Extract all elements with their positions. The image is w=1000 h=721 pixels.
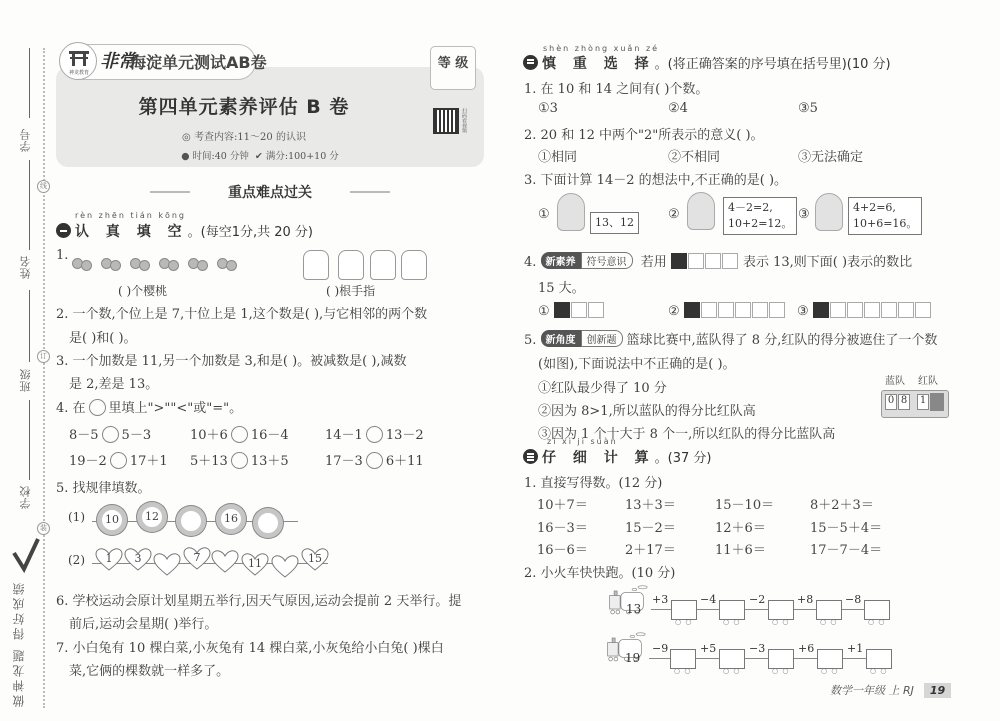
exam-time: 时间:40 分钟 [193, 151, 249, 162]
s2-q4-line1[interactable]: 4. 新素养符号意识 若用 表示 13,则下面( )表示的数比 [524, 251, 912, 270]
seal-xian: 线 [37, 180, 50, 193]
q5-text: 篮球比赛中,蓝队得了 8 分,红队的得分被遮住了一个数 [627, 333, 938, 348]
q-number: 4. [524, 255, 536, 270]
q6-line2[interactable]: 前后,运动会星期( )举行。 [69, 613, 217, 632]
section3-title-text: 仔 细 计 算 [542, 450, 655, 466]
s2-q2-option: ①相同 [538, 146, 577, 165]
s2-q3-text[interactable]: 3. 下面计算 14－2 的想法中,不正确的是( )。 [524, 169, 787, 188]
pair-right: 13＋5 [251, 454, 289, 469]
cherry-icon [188, 250, 210, 272]
s2-q4-option-1: ① [538, 302, 605, 319]
brand-series: 海淀单元测试AB卷 [130, 50, 267, 73]
calc-item[interactable]: 17－7－4＝ [810, 539, 882, 558]
s2-q1-option: ①3 [538, 101, 558, 116]
section2-note: 。(将正确答案的序号填在括号里)(10 分) [655, 57, 891, 72]
speech-bubble: 4+2=6,10+6=16。 [848, 197, 922, 235]
empty-square [864, 302, 880, 318]
page-title: 第四单元素养评估 B 卷 [56, 92, 432, 119]
s3-q1-text: 1. 直接写得数。(12 分) [524, 472, 662, 491]
train-op: −9 [652, 642, 668, 655]
q1-cherries-answer[interactable]: ( )个樱桃 [118, 282, 167, 299]
blue-digit: 0 [885, 394, 897, 410]
heart-cell[interactable] [271, 555, 299, 579]
compare-circle[interactable] [102, 426, 119, 443]
heart-cell: 7 [183, 547, 211, 571]
s3-q2-text: 2. 小火车快快跑。(10 分) [524, 562, 675, 581]
qr-code[interactable] [433, 108, 459, 134]
train-car[interactable] [768, 600, 794, 620]
pair-left: 14－1 [325, 428, 363, 443]
flower-cell: 16 [216, 504, 246, 534]
s2-q3-marker: ② [668, 207, 680, 222]
calc-item[interactable]: 16－3＝ [537, 517, 588, 536]
blue-team-label: 蓝队 [885, 372, 905, 387]
train-op: +6 [798, 642, 814, 655]
calc-item[interactable]: 2＋17＝ [625, 539, 676, 558]
empty-square [688, 253, 704, 269]
pair-left: 10＋6 [190, 428, 228, 443]
q7-line1[interactable]: 7. 小白兔有 10 棵白菜,小灰兔有 14 棵白菜,小灰兔给小白兔( )棵白 [56, 637, 444, 656]
checkmark-icon [10, 535, 40, 575]
motto: 做神龙题 得好成绩 [10, 580, 27, 707]
pair-left: 5＋13 [190, 454, 228, 469]
q1-number: 1. [56, 248, 68, 263]
q5-row2-label: (2) [68, 553, 85, 567]
s2-q5-line1: 5. 新角度创新题篮球比赛中,蓝队得了 8 分,红队的得分被遮住了一个数 [524, 329, 937, 348]
train1-start: 13 [626, 602, 641, 616]
train-car[interactable] [719, 600, 745, 620]
empty-square [588, 302, 604, 318]
filled-square [554, 302, 570, 318]
q-number: 5. [524, 333, 536, 348]
s2-q2-option: ③无法确定 [798, 146, 863, 165]
q3-line1[interactable]: 3. 一个加数是 11,另一个加数是 3,和是( )。被减数是( ),减数 [56, 350, 407, 369]
speech-bubble: 13、12 [590, 212, 639, 234]
tag-innovation: 创新题 [581, 330, 623, 347]
tag-new-literacy: 新素养 [541, 252, 581, 269]
train-car[interactable] [671, 600, 697, 620]
train-op: −4 [700, 593, 716, 606]
binding-margin: 学号 姓名 班级 学校 线 订 装 做神龙题 得好成绩 [0, 0, 48, 721]
cherry-icon [159, 250, 181, 272]
check-circle-icon: ✔ [255, 151, 266, 162]
train-car[interactable] [816, 600, 842, 620]
school-field[interactable] [29, 400, 30, 480]
seal-ding: 订 [37, 350, 50, 363]
empty-square [701, 302, 717, 318]
q4-pair: 14－113－2 [325, 424, 424, 443]
name-field[interactable] [29, 160, 30, 250]
girl-illustration [687, 192, 715, 230]
s2-q3-marker: ① [538, 207, 550, 222]
compare-circle[interactable] [231, 452, 248, 469]
train-car[interactable] [719, 649, 745, 669]
option-marker: ② [668, 304, 680, 319]
empty-square [722, 253, 738, 269]
footer-subject: 数学一年级 上 RJ [830, 684, 914, 697]
heart-cell: 15 [301, 548, 329, 572]
flower-cell[interactable] [176, 506, 206, 536]
school-label: 学校 [18, 485, 34, 509]
compare-circle[interactable] [231, 426, 248, 443]
calc-item[interactable]: 12＋6＝ [715, 517, 766, 536]
section3-note: 。(37 分) [655, 451, 712, 466]
cherry-icon [101, 250, 123, 272]
section2-title-text: 慎 重 选 择 [542, 56, 655, 72]
heart-cell[interactable] [211, 550, 239, 574]
calc-item[interactable]: 15－5＋4＝ [810, 517, 882, 536]
calc-item[interactable]: 15－10＝ [715, 494, 774, 513]
section-number-one-icon [56, 223, 71, 238]
calc-item[interactable]: 15－2＝ [625, 517, 676, 536]
publisher-logo: 神龙教育 [59, 42, 97, 80]
q5-row1-label: (1) [68, 510, 85, 524]
student-id-field[interactable] [29, 48, 30, 118]
empty-square [830, 302, 846, 318]
flower-cell: 12 [137, 502, 167, 532]
svg-text:神龙教育: 神龙教育 [69, 69, 89, 76]
train-car[interactable] [864, 600, 890, 620]
qr-caption: 扫码看视频 [461, 108, 468, 133]
gate-icon: 神龙教育 [60, 43, 98, 81]
train-op: +3 [652, 593, 668, 606]
empty-square [705, 253, 721, 269]
filled-square [671, 253, 687, 269]
cherry-icon [130, 250, 152, 272]
hand-icon [370, 250, 396, 280]
page-number: 19 [924, 683, 951, 698]
train-op: −3 [749, 642, 765, 655]
pair-right: 6＋11 [386, 454, 424, 469]
exam-content-text: 考查内容:11～20 的认识 [194, 132, 306, 143]
option-marker: ③ [797, 304, 809, 319]
grade-box: 等 级 [430, 46, 476, 90]
train-car[interactable] [817, 649, 843, 669]
compare-circle[interactable] [366, 426, 383, 443]
q4-text-b: 表示 13,则下面( )表示的数比 [743, 255, 912, 270]
section2-pinyin: shèn zhòng xuǎn zé [543, 44, 659, 53]
calc-item[interactable]: 8＋2＋3＝ [810, 494, 874, 513]
s2-q5-option: ①红队最少得了 10 分 [538, 377, 667, 396]
filled-square [813, 302, 829, 318]
s2-q1-option: ②4 [668, 101, 688, 116]
train-car[interactable] [866, 649, 892, 669]
section1-title-text: 认 真 填 空 [75, 224, 188, 240]
section1-title: 认 真 填 空。(每空1分,共 20 分) [56, 221, 313, 241]
pair-right: 5－3 [122, 428, 152, 443]
red-team-label: 红队 [918, 372, 938, 387]
q4-prompt: 4. 在里填上">""<"或"="。 [56, 397, 242, 416]
section2-title: 慎 重 选 择。(将正确答案的序号填在括号里)(10 分) [523, 53, 891, 73]
section3-pinyin: zǐ xì jì suàn [547, 437, 618, 446]
empty-square [769, 302, 785, 318]
heart-cell: 1 [95, 548, 123, 572]
pair-left: 17－3 [325, 454, 363, 469]
banner-line-right [350, 191, 390, 193]
train-car[interactable] [670, 649, 696, 669]
train-car[interactable] [768, 649, 794, 669]
name-label: 姓名 [18, 255, 34, 279]
cherry-icon [72, 250, 94, 272]
speech-bubble: 4－2=2,10+2=12。 [723, 197, 797, 235]
empty-square [571, 302, 587, 318]
flower-cell[interactable] [253, 508, 283, 538]
q4-pair: 8－55－3 [69, 424, 151, 443]
empty-square [881, 302, 897, 318]
pair-left: 8－5 [69, 428, 99, 443]
hand-icon [303, 250, 329, 280]
q5-prompt: 5. 找规律填数。 [56, 477, 151, 496]
section1-note: 。(每空1分,共 20 分) [188, 225, 313, 240]
circle-icon [89, 399, 106, 416]
q6-line1: 6. 学校运动会原计划星期五举行,因天气原因,运动会提前 2 天举行。提 [56, 590, 461, 609]
blue-digit: 8 [898, 394, 910, 410]
q2-line2[interactable]: 是( )和( )。 [69, 327, 137, 346]
q4-prompt-a: 4. 在 [56, 401, 86, 416]
calc-item[interactable]: 10＋7＝ [537, 494, 588, 513]
exam-meta: ● 时间:40 分钟 ✔ 满分:100+10 分 [110, 148, 410, 162]
hidden-digit-cover [930, 393, 944, 411]
s2-q1-option: ③5 [798, 101, 818, 116]
section1-pinyin: rèn zhēn tián kōng [75, 211, 186, 220]
calc-item[interactable]: 11＋6＝ [715, 539, 766, 558]
flower-cell: 10 [97, 505, 127, 535]
s2-q5-line2[interactable]: (如图),下面说法中不正确的是( )。 [538, 353, 736, 372]
scoreboard: 蓝队 红队 0 8 1 [885, 385, 945, 423]
girl-illustration [815, 193, 843, 231]
hand-icon [401, 250, 427, 280]
compare-circle[interactable] [366, 452, 383, 469]
red-digit: 1 [917, 394, 929, 410]
pair-right: 17＋1 [130, 454, 168, 469]
boy-illustration [557, 193, 585, 231]
q4-text-a: 若用 [641, 255, 667, 270]
train-op: +1 [847, 642, 863, 655]
heart-cell: 11 [241, 553, 269, 577]
q3-line2: 是 2,差是 13。 [69, 373, 158, 392]
heart-cell[interactable] [153, 553, 181, 577]
class-field[interactable] [29, 290, 30, 362]
exam-content: ◎ 考查内容:11～20 的认识 [56, 128, 432, 143]
calc-item[interactable]: 16－6＝ [537, 539, 588, 558]
empty-square [718, 302, 734, 318]
exam-score: 满分:100+10 分 [266, 151, 339, 162]
hand-icon [338, 250, 364, 280]
q4-pair: 10＋616－4 [190, 424, 289, 443]
pair-left: 19－2 [69, 454, 107, 469]
clock-icon: ● [181, 151, 192, 162]
page-footer: 数学一年级 上 RJ19 [830, 682, 951, 698]
empty-square [735, 302, 751, 318]
train-op: −8 [845, 593, 861, 606]
train-op: +8 [797, 593, 813, 606]
s2-q1-text[interactable]: 1. 在 10 和 14 之间有( )个数。 [524, 78, 708, 97]
q1-fingers-answer[interactable]: ( )根手指 [326, 282, 375, 299]
pair-right: 16－4 [251, 428, 289, 443]
tag-new-angle: 新角度 [541, 330, 581, 347]
search-icon: ◎ [182, 132, 194, 143]
empty-square [847, 302, 863, 318]
s2-q2-option: ②不相同 [668, 146, 720, 165]
seal-zhuang: 装 [37, 522, 50, 535]
heart-cell: 3 [124, 548, 152, 572]
class-label: 班级 [18, 368, 34, 392]
q7-line2: 菜,它俩的棵数就一样多了。 [69, 660, 229, 679]
s2-q4-option-2: ② [668, 302, 786, 319]
s2-q4-line2: 15 大。 [538, 277, 585, 296]
train-op: −2 [749, 593, 765, 606]
student-id-label: 学号 [18, 128, 34, 152]
train-op: +5 [700, 642, 716, 655]
section3-title: 仔 细 计 算。(37 分) [523, 447, 711, 467]
empty-square [915, 302, 931, 318]
s2-q2-text[interactable]: 2. 20 和 12 中两个"2"所表示的意义( )。 [524, 124, 764, 143]
train2-start: 19 [625, 651, 640, 665]
section-number-three-icon [523, 449, 538, 464]
pair-right: 13－2 [386, 428, 424, 443]
option-marker: ① [538, 304, 550, 319]
q2-line1[interactable]: 2. 一个数,个位上是 7,十位上是 1,这个数是( ),与它相邻的两个数 [56, 303, 427, 322]
s2-q4-option-3: ③ [797, 302, 932, 319]
s2-q5-option: ②因为 8>1,所以蓝队的得分比红队高 [538, 400, 756, 419]
section-number-two-icon [523, 55, 538, 70]
tag-symbol-sense: 符号意识 [581, 252, 633, 269]
empty-square [752, 302, 768, 318]
q4-pair: 5＋1313＋5 [190, 450, 289, 469]
empty-square [898, 302, 914, 318]
filled-square [684, 302, 700, 318]
q4-pair: 17－36＋11 [325, 450, 424, 469]
section-banner: 重点难点过关 [170, 182, 370, 202]
cherry-icon [217, 250, 239, 272]
s2-q3-marker: ③ [798, 207, 810, 222]
q4-prompt-b: 里填上">""<"或"="。 [109, 401, 243, 416]
q4-pair: 19－217＋1 [69, 450, 168, 469]
compare-circle[interactable] [110, 452, 127, 469]
calc-item[interactable]: 13＋3＝ [625, 494, 676, 513]
cut-line [43, 48, 45, 708]
